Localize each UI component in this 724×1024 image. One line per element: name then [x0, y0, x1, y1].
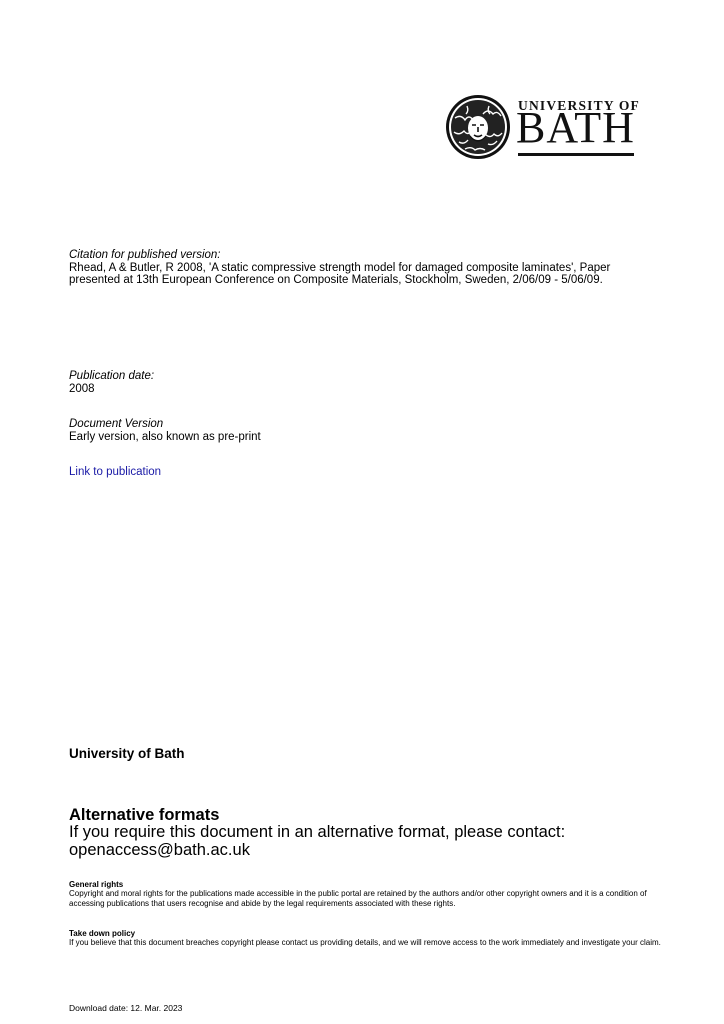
link-to-publication[interactable]: Link to publication: [69, 466, 161, 478]
general-rights-title: General rights: [69, 880, 684, 889]
document-version-section: Document Version Early version, also kno…: [69, 418, 261, 443]
document-version-value: Early version, also known as pre-print: [69, 431, 261, 444]
university-logo: UNIVERSITY OF BATH: [445, 94, 637, 164]
publication-date-section: Publication date: 2008: [69, 370, 154, 395]
university-seal-icon: [445, 94, 511, 160]
download-date: Download date: 12. Mar. 2023: [69, 1003, 182, 1013]
take-down-title: Take down policy: [69, 929, 684, 938]
take-down-text: If you believe that this document breach…: [69, 938, 684, 948]
general-rights-section: General rights Copyright and moral right…: [69, 880, 684, 908]
logo-main-text: BATH: [516, 106, 635, 150]
logo-underline: [518, 153, 634, 156]
citation-section: Citation for published version: Rhead, A…: [69, 249, 610, 287]
publication-date-label: Publication date:: [69, 370, 154, 383]
citation-text-line2: presented at 13th European Conference on…: [69, 274, 610, 287]
publication-date-value: 2008: [69, 383, 154, 396]
take-down-section: Take down policy If you believe that thi…: [69, 929, 684, 948]
institution-name: University of Bath: [69, 746, 185, 761]
contact-email: openaccess@bath.ac.uk: [69, 841, 669, 859]
alternative-formats-text: If you require this document in an alter…: [69, 823, 669, 841]
citation-text-line1: Rhead, A & Butler, R 2008, 'A static com…: [69, 262, 610, 275]
general-rights-text: Copyright and moral rights for the publi…: [69, 889, 684, 908]
document-version-label: Document Version: [69, 418, 261, 431]
alternative-formats-body: If you require this document in an alter…: [69, 823, 669, 859]
citation-label: Citation for published version:: [69, 249, 610, 262]
